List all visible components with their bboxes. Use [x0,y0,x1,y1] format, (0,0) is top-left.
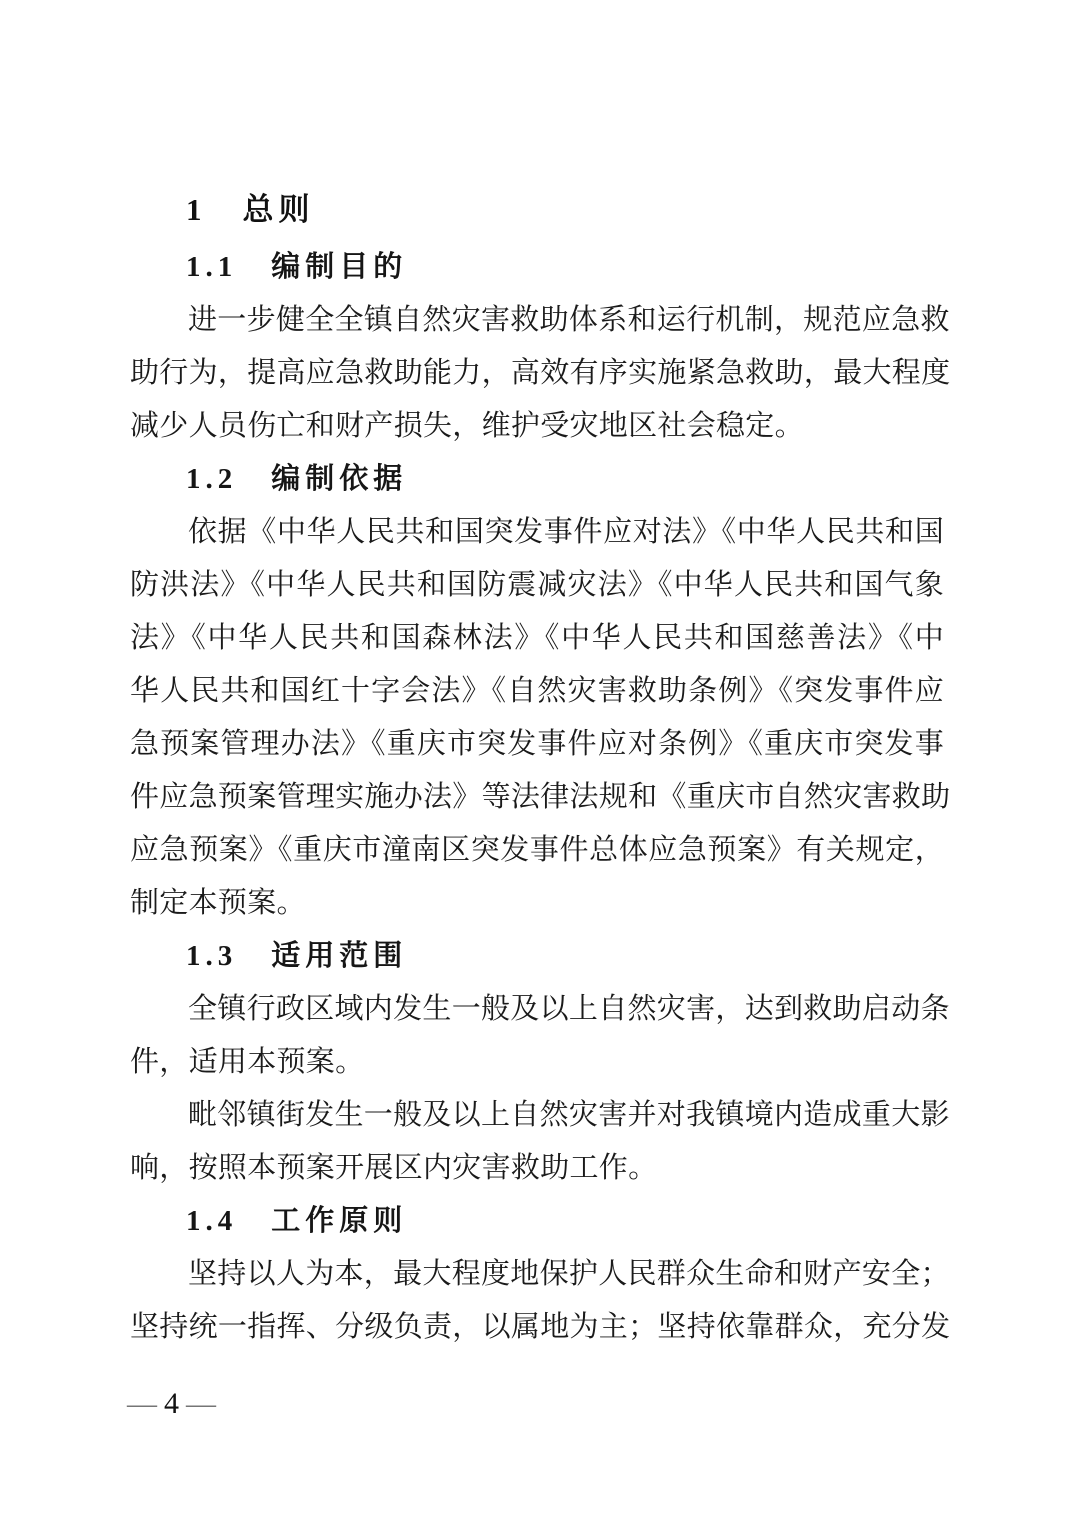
paragraph-line: 应急预案》《重庆市潼南区突发事件总体应急预案》有关规定， [130,824,944,877]
section-heading-1-1: 1.1 编制目的 [130,241,944,294]
document-page: 1 总则 1.1 编制目的 进一步健全全镇自然灾害救助体系和运行机制，规范应急救… [0,0,1074,1520]
paragraph-line: 制定本预案。 [130,877,944,930]
paragraph-line: 坚持以人为本，最大程度地保护人民群众生命和财产安全； [130,1248,944,1301]
paragraph-line: 坚持统一指挥、分级负责，以属地为主；坚持依靠群众，充分发 [130,1301,944,1354]
chapter-heading-1-zongze: 1 总则 [130,183,944,236]
section-heading-1-3: 1.3 适用范围 [130,930,944,983]
paragraph-line: 件，适用本预案。 [130,1036,944,1089]
paragraph-line: 进一步健全全镇自然灾害救助体系和运行机制，规范应急救 [130,294,944,347]
paragraph-line: 依据《中华人民共和国突发事件应对法》《中华人民共和国 [130,506,944,559]
paragraph-line: 响，按照本预案开展区内灾害救助工作。 [130,1142,944,1195]
paragraph-line: 助行为，提高应急救助能力，高效有序实施紧急救助，最大程度 [130,347,944,400]
paragraph-line: 防洪法》《中华人民共和国防震减灾法》《中华人民共和国气象 [130,559,944,612]
paragraph-line: 法》《中华人民共和国森林法》《中华人民共和国慈善法》《中 [130,612,944,665]
page-number: 4 [164,1387,179,1420]
paragraph-line: 减少人员伤亡和财产损失，维护受灾地区社会稳定。 [130,400,944,453]
section-heading-1-2: 1.2 编制依据 [130,453,944,506]
paragraph-line: 全镇行政区域内发生一般及以上自然灾害，达到救助启动条 [130,983,944,1036]
paragraph-line: 毗邻镇街发生一般及以上自然灾害并对我镇境内造成重大影 [130,1089,944,1142]
footer-right-dash: — [186,1387,216,1420]
paragraph-line: 急预案管理办法》《重庆市突发事件应对条例》《重庆市突发事 [130,718,944,771]
paragraph-line: 华人民共和国红十字会法》《自然灾害救助条例》《突发事件应 [130,665,944,718]
paragraph-line: 件应急预案管理实施办法》等法律法规和《重庆市自然灾害救助 [130,771,944,824]
footer-left-dash: — [127,1387,157,1420]
page-footer: —4— [127,1384,216,1424]
document-body: 1 总则 1.1 编制目的 进一步健全全镇自然灾害救助体系和运行机制，规范应急救… [130,183,944,1354]
section-heading-1-4: 1.4 工作原则 [130,1195,944,1248]
